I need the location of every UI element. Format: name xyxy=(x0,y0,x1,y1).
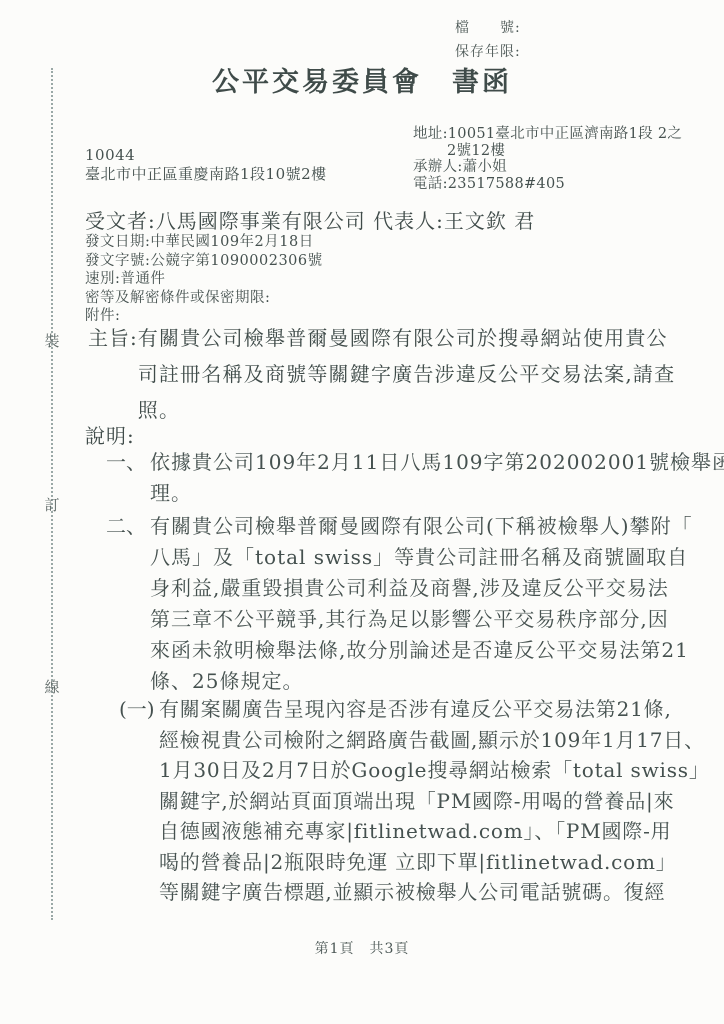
sender-address-line1: 地址:10051臺北市中正區濟南路1段 2之 xyxy=(413,126,682,143)
subject-text: 有關貴公司檢舉普爾曼國際有限公司於搜尋網站使用貴公 司註冊名稱及商號等關鍵字廣告… xyxy=(138,320,676,428)
sender-address-line2: 2號12樓 xyxy=(447,143,682,160)
filing-block: 檔 號: 保存年限: xyxy=(455,16,521,64)
speed-class-line: 速別:普通件 xyxy=(85,270,323,289)
explanation-item-1: 一、 依據貴公司109年2月11日八馬109字第202002001號檢舉函辦 理… xyxy=(106,447,724,509)
binding-mark-ding: 訂 xyxy=(40,494,64,515)
file-number-label: 檔 號: xyxy=(455,16,521,40)
explanation-subitem-1-marker: (一) xyxy=(119,694,159,725)
explanation-subitem-1-text: 有關案關廣告呈現內容是否涉有違反公平交易法第21條, 經檢視貴公司檢附之網路廣告… xyxy=(159,694,710,908)
recipient-address-block: 10044 臺北市中正區重慶南路1段10號2樓 xyxy=(85,146,327,184)
sender-phone: 電話:23517588#405 xyxy=(413,176,682,193)
subject-label: 主旨: xyxy=(88,320,138,356)
explanation-item-1-text: 依據貴公司109年2月11日八馬109字第202002001號檢舉函辦 理。 xyxy=(150,447,724,509)
official-letter-page: 裝 訂 線 檔 號: 保存年限: 公平交易委員會 書函 地址:10051臺北市中… xyxy=(0,0,724,1024)
recipient-zip: 10044 xyxy=(85,146,327,165)
recipient-address: 臺北市中正區重慶南路1段10號2樓 xyxy=(85,165,327,184)
explanation-subitem-1: (一) 有關案關廣告呈現內容是否涉有違反公平交易法第21條, 經檢視貴公司檢附之… xyxy=(119,694,710,908)
sender-contact: 承辦人:蕭小姐 xyxy=(413,159,682,176)
issue-number-line: 發文字號:公競字第1090002306號 xyxy=(85,252,323,271)
explanation-label: 說明: xyxy=(85,420,135,449)
page-footer: 第1頁 共3頁 xyxy=(0,938,724,958)
meta-block: 發文日期:中華民國109年2月18日 發文字號:公競字第1090002306號 … xyxy=(85,233,323,326)
explanation-item-2-text: 有關貴公司檢舉普爾曼國際有限公司(下稱被檢舉人)攀附「 八馬」及「total s… xyxy=(150,511,693,697)
security-class-line: 密等及解密條件或保密期限: xyxy=(85,289,323,308)
explanation-item-1-marker: 一、 xyxy=(106,447,150,478)
explanation-item-2: 二、 有關貴公司檢舉普爾曼國際有限公司(下稱被檢舉人)攀附「 八馬」及「tota… xyxy=(106,511,693,697)
issue-date-line: 發文日期:中華民國109年2月18日 xyxy=(85,233,323,252)
sender-info-block: 地址:10051臺北市中正區濟南路1段 2之 2號12樓 承辦人:蕭小姐 電話:… xyxy=(413,126,682,192)
document-title: 公平交易委員會 書函 xyxy=(0,60,724,99)
binding-mark-xian: 線 xyxy=(40,676,64,697)
explanation-item-2-marker: 二、 xyxy=(106,511,150,542)
recipient-line: 受文者:八馬國際事業有限公司 代表人:王文欽 君 xyxy=(85,205,535,234)
subject-section: 主旨: 有關貴公司檢舉普爾曼國際有限公司於搜尋網站使用貴公 司註冊名稱及商號等關… xyxy=(88,320,675,428)
binding-mark-zhuang: 裝 xyxy=(40,330,64,351)
